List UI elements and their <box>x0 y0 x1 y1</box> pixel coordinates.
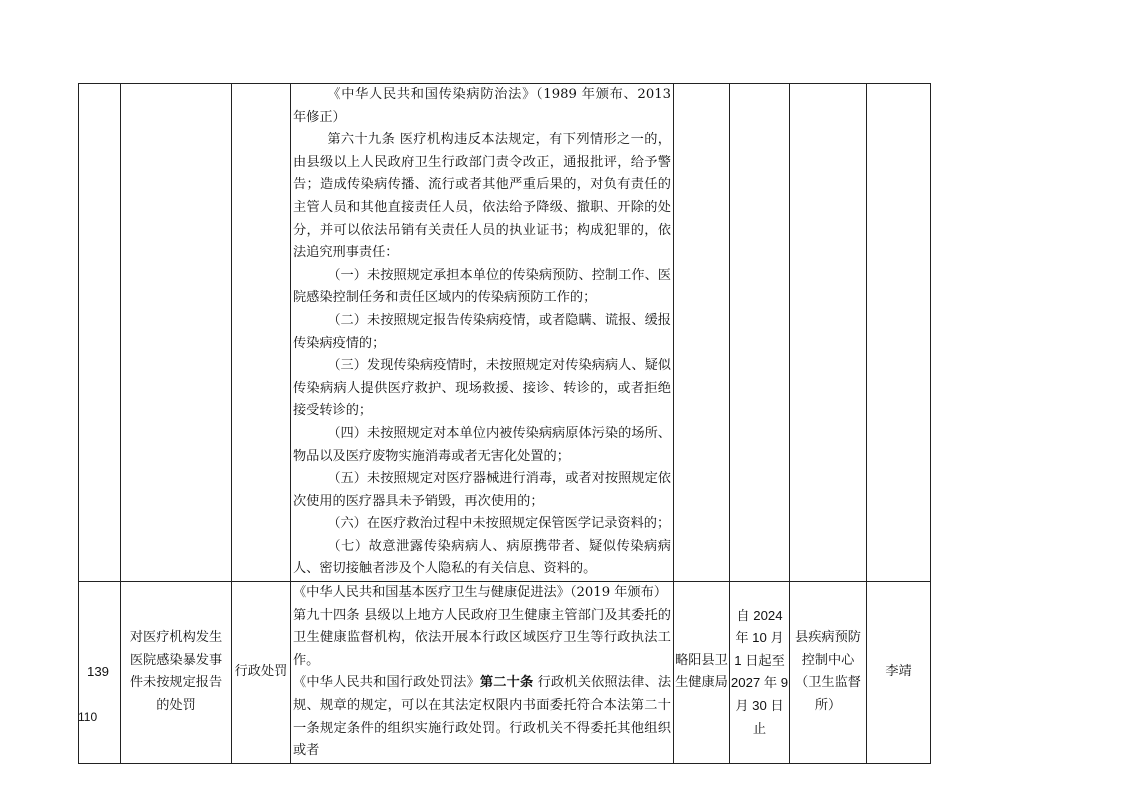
legal-basis-cell: 《中华人民共和国基本医疗卫生与健康促进法》（2019 年颁布） 第九十四条 县级… <box>291 582 674 764</box>
organization-cell: 县疾病预防控制中心（卫生监督所） <box>790 582 867 764</box>
time-cell <box>730 84 790 582</box>
table-row: 《中华人民共和国传染病防治法》（1989 年颁布、2013 年修正） 第六十九条… <box>79 84 931 582</box>
row-number-cell: 139 <box>79 582 121 764</box>
law-article: 第九十四条 县级以上地方人民政府卫生健康主管部门及其委托的卫生健康监督机构，依法… <box>293 605 671 673</box>
article-clause: （六）在医疗救治过程中未按照规定保管医学记录资料的； <box>293 513 671 536</box>
law-title: 《中华人民共和国基本医疗卫生与健康促进法》（2019 年颁布） <box>293 582 671 605</box>
department-cell <box>674 84 730 582</box>
power-type-cell <box>232 84 291 582</box>
item-name-cell: 对医疗机构发生医院感染暴发事件未按规定报告的处罚 <box>121 582 232 764</box>
article-clause: （三）发现传染病疫情时，未按照规定对传染病病人、疑似传染病病人提供医疗救护、现场… <box>293 355 671 423</box>
person-cell: 李靖 <box>867 582 931 764</box>
legal-basis-cell: 《中华人民共和国传染病防治法》（1989 年颁布、2013 年修正） 第六十九条… <box>291 84 674 582</box>
article-clause: （七）故意泄露传染病病人、病原携带者、疑似传染病病人、密切接触者涉及个人隐私的有… <box>293 536 671 581</box>
organization-cell <box>790 84 867 582</box>
law-article: 第六十九条 医疗机构违反本法规定，有下列情形之一的，由县级以上人民政府卫生行政部… <box>293 129 671 265</box>
article-clause: （一）未按照规定承担本单位的传染病预防、控制工作、医院感染控制任务和责任区域内的… <box>293 265 671 310</box>
article-number: 第二十条 <box>480 675 533 690</box>
authority-list-table: 《中华人民共和国传染病防治法》（1989 年颁布、2013 年修正） 第六十九条… <box>78 83 931 764</box>
article-clause: （二）未按照规定报告传染病疫情，或者隐瞒、谎报、缓报传染病疫情的； <box>293 310 671 355</box>
item-name-cell <box>121 84 232 582</box>
row-number-cell <box>79 84 121 582</box>
table-row: 139 对医疗机构发生医院感染暴发事件未按规定报告的处罚 行政处罚 《中华人民共… <box>79 582 931 764</box>
department-cell: 略阳县卫生健康局 <box>674 582 730 764</box>
power-type-cell: 行政处罚 <box>232 582 291 764</box>
law-title-2: 《中华人民共和国行政处罚法》 <box>293 675 480 690</box>
article-clause: （四）未按照规定对本单位内被传染病病原体污染的场所、物品以及医疗废物实施消毒或者… <box>293 423 671 468</box>
law-article-2: 《中华人民共和国行政处罚法》第二十条 行政机关依照法律、法规、规章的规定，可以在… <box>293 672 671 762</box>
article-clause: （五）未按照规定对医疗器械进行消毒，或者对按照规定依次使用的医疗器具未予销毁，再… <box>293 468 671 513</box>
person-cell <box>867 84 931 582</box>
time-cell: 自 2024 年 10 月 1 日起至 2027 年 9 月 30 日止 <box>730 582 790 764</box>
page-number: 110 <box>78 710 97 724</box>
law-title: 《中华人民共和国传染病防治法》（1989 年颁布、2013 年修正） <box>293 84 671 129</box>
